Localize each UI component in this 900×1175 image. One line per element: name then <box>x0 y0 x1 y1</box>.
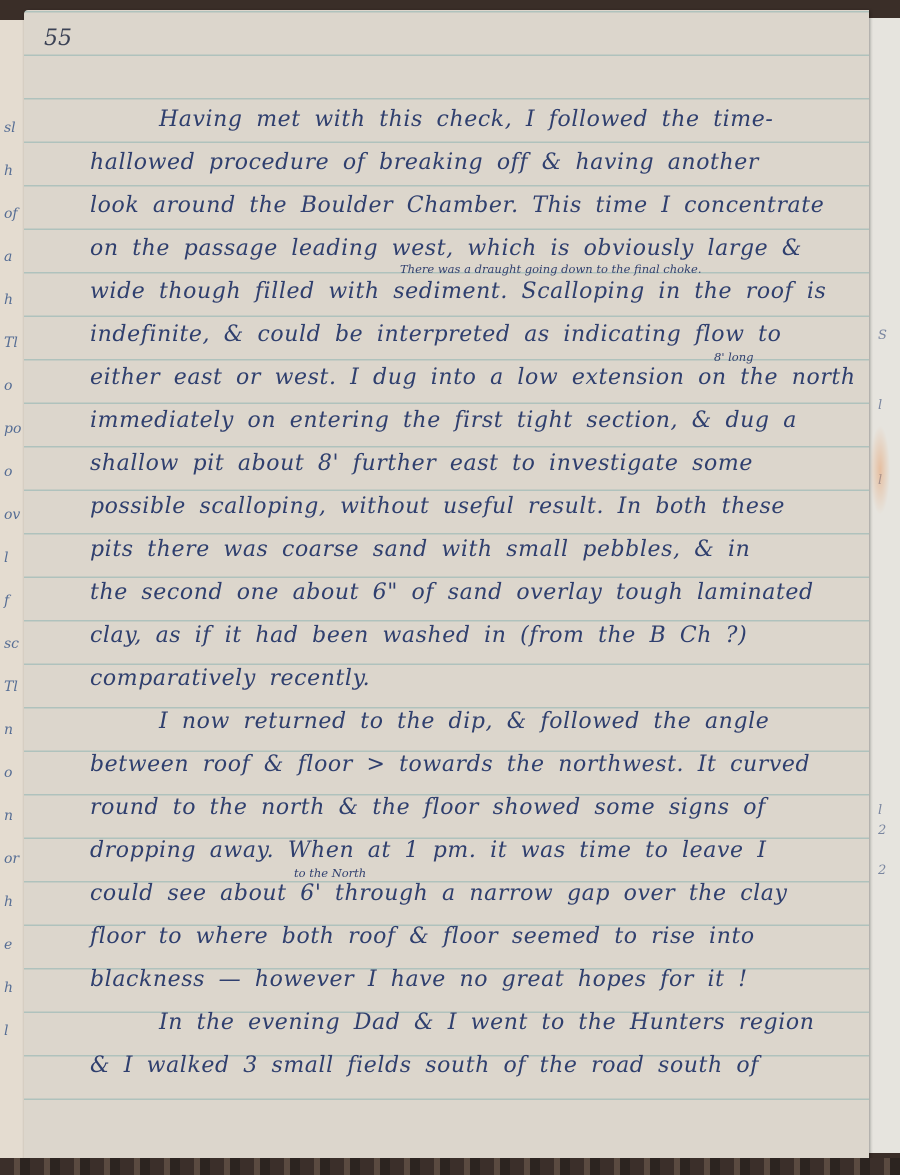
text-line: wide though filled with sediment. Scallo… <box>90 279 826 304</box>
inserted-annotation: to the North <box>294 866 366 880</box>
text-line: between roof & floor > towards the north… <box>90 752 810 777</box>
margin-fragment: of <box>4 206 18 222</box>
text-line: In the evening Dad & I went to the Hunte… <box>159 1010 815 1035</box>
margin-fragment: n <box>4 722 13 738</box>
text-line: Having met with this check, I followed t… <box>159 107 773 132</box>
text-line: possible scalloping, without useful resu… <box>90 494 785 519</box>
margin-fragment: sc <box>4 636 19 652</box>
notebook-page-edges <box>0 1158 900 1175</box>
underlying-page-right: Slll22 <box>868 18 900 1153</box>
margin-fragment: po <box>4 421 21 437</box>
text-line: & I walked 3 small fields south of the r… <box>90 1053 759 1078</box>
paper-stain <box>870 425 890 515</box>
margin-fragment: o <box>4 464 12 480</box>
margin-fragment: h <box>4 980 13 996</box>
text-line: blackness — however I have no great hope… <box>90 967 748 992</box>
text-line: pits there was coarse sand with small pe… <box>90 537 750 562</box>
text-line: immediately on entering the first tight … <box>90 408 797 433</box>
text-line: dropping away. When at 1 pm. it was time… <box>90 838 767 863</box>
margin-fragment: o <box>4 378 12 394</box>
margin-fragment: f <box>4 593 9 609</box>
margin-fragment: h <box>4 292 13 308</box>
text-line: comparatively recently. <box>90 666 370 691</box>
text-line: floor to where both roof & floor seemed … <box>90 924 755 949</box>
text-line: could see about 6' through a narrow gap … <box>90 881 788 906</box>
text-line: clay, as if it had been washed in (from … <box>90 623 747 648</box>
margin-fragment: S <box>878 328 887 343</box>
margin-fragment: e <box>4 937 12 953</box>
inserted-annotation: There was a draught going down to the fi… <box>400 262 702 276</box>
margin-fragment: Tl <box>4 679 18 695</box>
text-line: on the passage leading west, which is ob… <box>90 236 802 261</box>
margin-fragment: or <box>4 851 19 867</box>
text-line: hallowed procedure of breaking off & hav… <box>90 150 759 175</box>
text-line: indefinite, & could be interpreted as in… <box>90 322 781 347</box>
margin-fragment: 2 <box>878 823 886 838</box>
margin-fragment: o <box>4 765 12 781</box>
margin-fragment: n <box>4 808 13 824</box>
margin-fragment: 2 <box>878 863 886 878</box>
text-line: round to the north & the floor showed so… <box>90 795 766 820</box>
margin-fragment: l <box>878 803 882 818</box>
margin-fragment: Tl <box>4 335 18 351</box>
margin-fragment: h <box>4 894 13 910</box>
text-line: shallow pit about 8' further east to inv… <box>90 451 753 476</box>
margin-fragment: sl <box>4 120 16 136</box>
margin-fragment: l <box>4 1023 8 1039</box>
margin-fragment: l <box>4 550 8 566</box>
text-line: either east or west. I dug into a low ex… <box>90 365 856 390</box>
margin-fragment: a <box>4 249 12 265</box>
margin-fragment: ov <box>4 507 20 523</box>
text-line: look around the Boulder Chamber. This ti… <box>90 193 824 218</box>
inserted-annotation: 8' long <box>714 350 754 364</box>
text-line: I now returned to the dip, & followed th… <box>159 709 769 734</box>
margin-fragment: h <box>4 163 13 179</box>
text-line: the second one about 6" of sand overlay … <box>90 580 814 605</box>
notebook-page: 55 Having met with this check, I followe… <box>24 10 869 1160</box>
margin-fragment: l <box>878 398 882 413</box>
page-number: 55 <box>44 26 72 51</box>
